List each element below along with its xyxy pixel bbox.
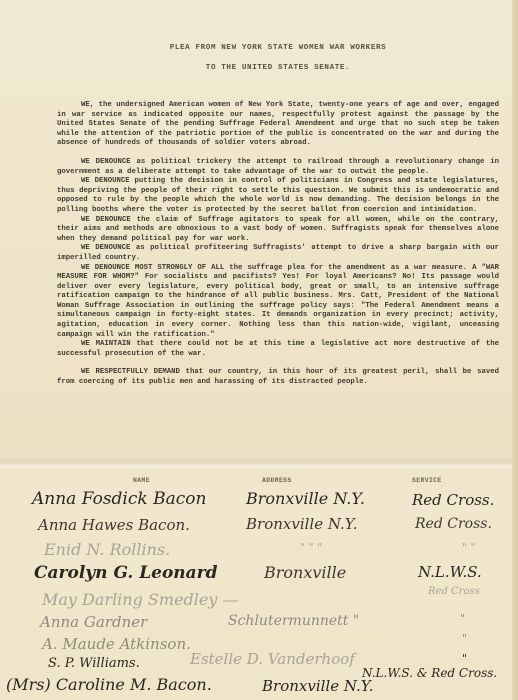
column-header-service: SERVICE	[412, 477, 442, 484]
signature-name: Anna Hawes Bacon.	[38, 516, 190, 534]
signature-name: S. P. Williams.	[48, 656, 140, 671]
signature-address: Bronxville N.Y.	[262, 677, 374, 695]
signature-service: Red Cross	[428, 586, 480, 597]
signature-table-header: NAME ADDRESS SERVICE	[0, 477, 512, 489]
signature-service: N.L.W.S. & Red Cross.	[362, 666, 497, 680]
paragraph-maintain: WE MAINTAIN that there could not be at t…	[57, 340, 499, 359]
signature-name-vanderhoof: Estelle D. Vanderhoof	[190, 650, 355, 668]
column-header-address: ADDRESS	[262, 477, 292, 484]
signature-service: "	[462, 632, 467, 645]
signature-name: (Mrs) Caroline M. Bacon.	[6, 675, 212, 694]
signature-service: N.L.W.S.	[418, 563, 482, 581]
signature-address: Bronxville N.Y.	[246, 515, 358, 533]
paragraph-denounce-4: WE DENOUNCE as political profiteering Su…	[57, 244, 499, 263]
signature-name: A. Maude Atkinson.	[42, 635, 191, 653]
signature-name: Enid N. Rollins.	[44, 540, 170, 559]
signature-address: Bronxville N.Y.	[246, 489, 365, 508]
signature-service: "	[462, 652, 467, 665]
paragraph-denounce-1: WE DENOUNCE as political trickery the at…	[57, 158, 499, 177]
paragraph-denounce-5: WE DENOUNCE MOST STRONGLY OF ALL the suf…	[57, 264, 499, 341]
column-header-name: NAME	[133, 477, 150, 484]
document-subtitle: TO THE UNITED STATES SENATE.	[22, 64, 518, 72]
petition-text: WE, the undersigned American women of Ne…	[57, 101, 499, 388]
signature-service: Red Cross.	[412, 491, 494, 509]
signature-address: " " "	[300, 541, 322, 554]
document-title: PLEA FROM NEW YORK STATE WOMEN WAR WORKE…	[22, 44, 518, 52]
signature-name: Anna Gardner	[40, 613, 147, 631]
signature-address: Bronxville	[264, 563, 346, 582]
paragraph-demand: WE RESPECTFULLY DEMAND that our country,…	[57, 368, 499, 387]
fold-crease	[0, 456, 512, 470]
paragraph-denounce-3: WE DENOUNCE the claim of Suffrage agitat…	[57, 216, 499, 245]
signature-name: May Darling Smedley —	[42, 590, 238, 609]
signature-service: Red Cross.	[415, 516, 492, 532]
signature-name: Carolyn G. Leonard	[34, 563, 218, 583]
signature-name: Anna Fosdick Bacon	[32, 489, 206, 509]
paragraph-intro: WE, the undersigned American women of Ne…	[57, 101, 499, 149]
signature-service: " "	[462, 541, 476, 554]
signature-address: Schlutermunnett "	[228, 613, 359, 629]
paper-edge	[512, 0, 518, 700]
paragraph-denounce-2: WE DENOUNCE putting the decision in cont…	[57, 177, 499, 215]
signature-service: "	[460, 612, 465, 625]
